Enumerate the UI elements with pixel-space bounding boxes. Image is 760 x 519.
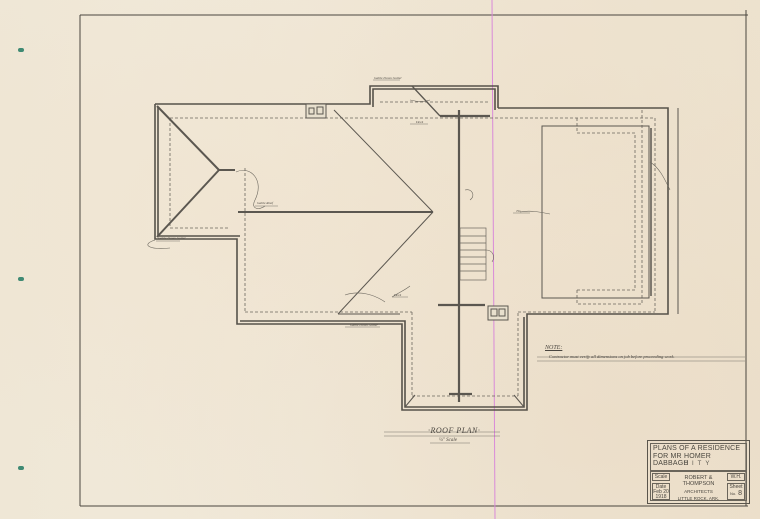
label-top-gutter: Gable Down Gutter	[374, 76, 402, 80]
title-block-info: Scale Date Feb 20 1918 ROBERT & THOMPSON…	[650, 471, 747, 501]
architect-name: ROBERT & THOMPSON	[673, 475, 724, 487]
balustrade	[438, 116, 490, 394]
leader-lines	[148, 100, 670, 302]
architect-city: LITTLE ROCK, ARK.	[673, 496, 724, 501]
hip-lines	[157, 106, 433, 237]
checked-cell: W.H.	[727, 473, 745, 481]
drawing-title: ·ROOF PLAN·	[428, 426, 480, 435]
label-deck-bottom: Deck	[394, 293, 401, 297]
label-down-gutter-left: Gable Down Gutter	[158, 236, 186, 240]
checked-label: W.H.	[731, 474, 742, 480]
sheet-border	[80, 10, 748, 506]
drawing-scale: ¼" Scale	[439, 438, 457, 443]
chimney-top	[306, 104, 326, 118]
chimney-bottom	[488, 306, 508, 320]
architect-role: ARCHITECTS	[673, 489, 724, 494]
note-heading: NOTE:	[545, 345, 562, 351]
label-gable-roof: Gable Roof	[257, 201, 273, 205]
scale-label: Scale	[655, 474, 668, 480]
scale-cell: Scale	[652, 473, 670, 481]
blueprint-sheet: ·ROOF PLAN· ¼" Scale NOTE: Contractor mu…	[0, 0, 760, 519]
sheet-cell: Sheet No. 8	[727, 483, 745, 500]
roof-outline	[155, 86, 668, 410]
sheet-number: No. 8	[728, 490, 744, 498]
project-title-line1: PLANS OF A RESIDENCE	[653, 445, 740, 452]
year-value: 1918	[653, 495, 669, 500]
sheet-number-value: 8	[738, 490, 742, 497]
title-block-header: PLANS OF A RESIDENCE FOR MR HOMER DABBAG…	[650, 443, 747, 471]
right-roof-section	[542, 108, 678, 314]
title-block: PLANS OF A RESIDENCE FOR MR HOMER DABBAG…	[647, 440, 750, 504]
label-down-gutter-bottom: Gable Down Gutter	[350, 323, 378, 327]
wall-lines-dashed	[170, 102, 655, 396]
stair	[460, 228, 486, 280]
architect-block: ROBERT & THOMPSON ARCHITECTS LITTLE ROCK…	[673, 473, 724, 501]
label-deck: Deck	[416, 120, 423, 124]
label-tin: Tin	[516, 209, 520, 213]
project-city: CITY	[651, 461, 746, 467]
note-text: Contractor must verify all dimensions on…	[549, 354, 675, 359]
date-cell: Date Feb 20 1918	[652, 483, 670, 500]
sheet-no-label: No.	[730, 491, 736, 496]
